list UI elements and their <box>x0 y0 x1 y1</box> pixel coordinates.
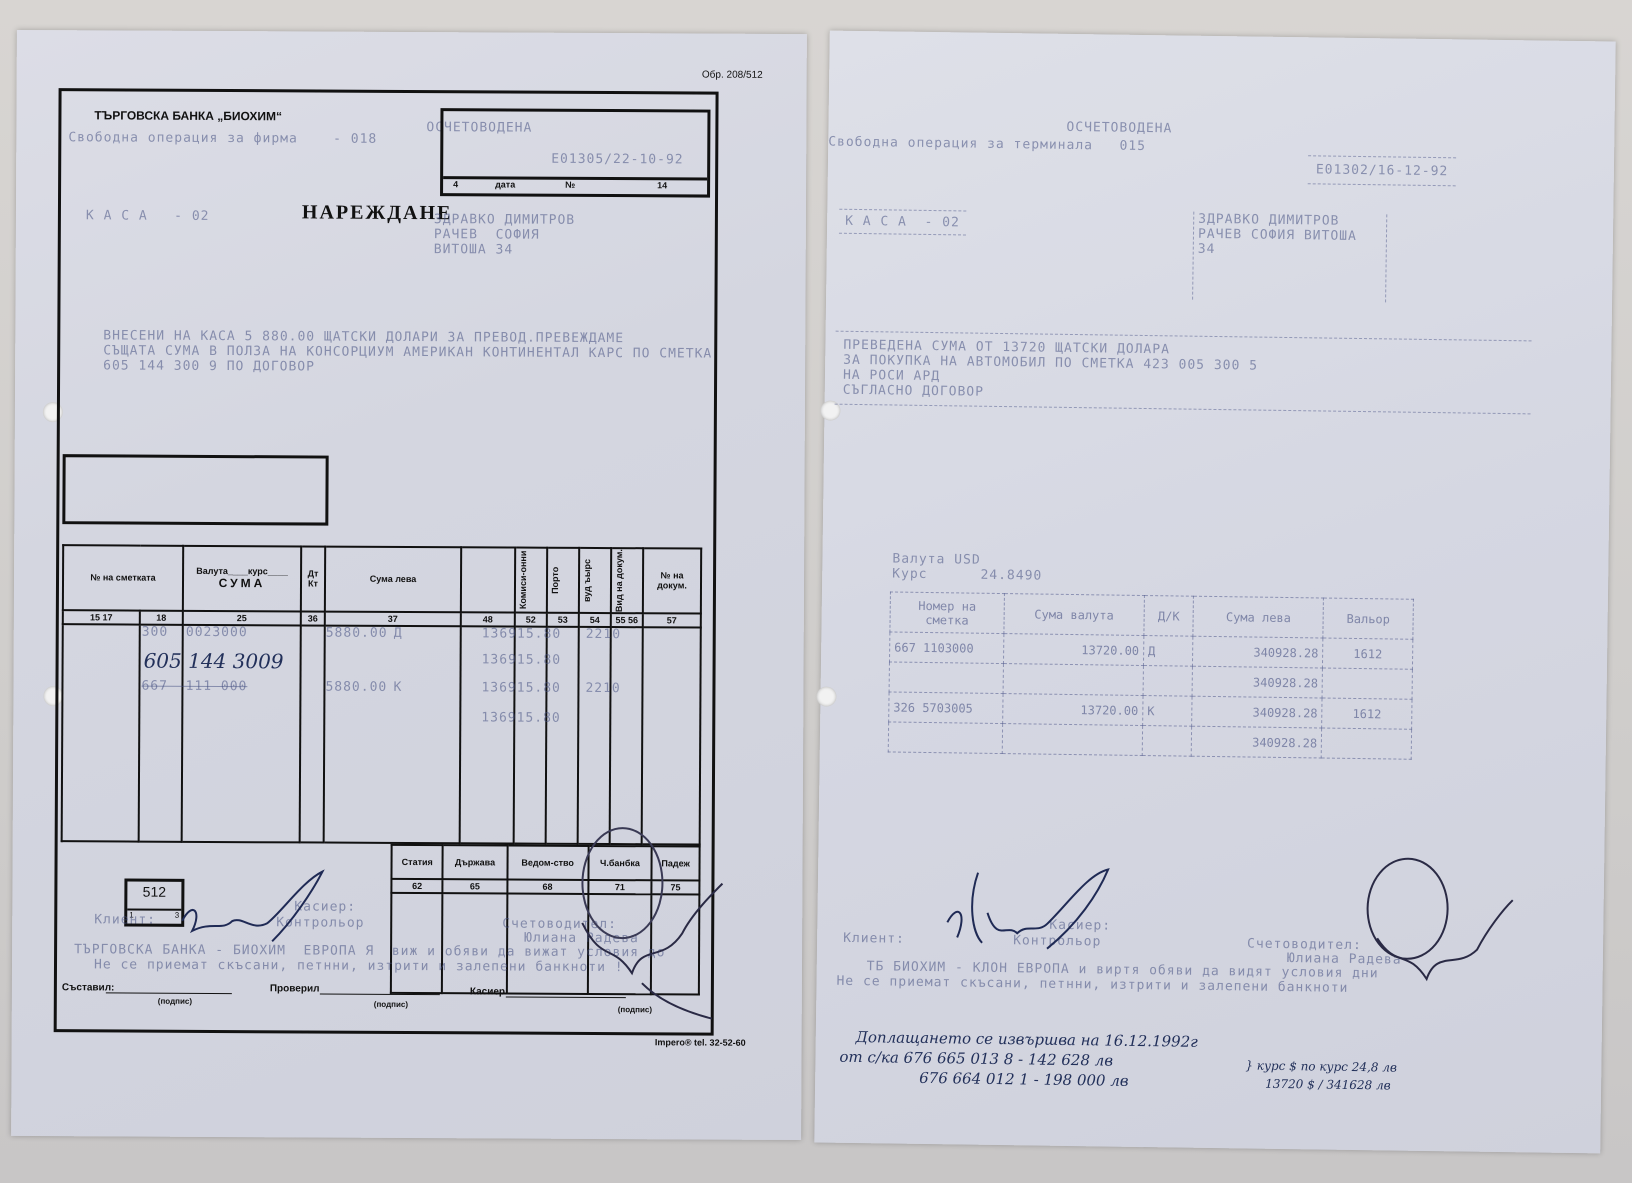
transfer-table: Номер на сметка Сума валута Д/К Сума лев… <box>888 591 1414 759</box>
date-number-box: Е01305/22-10-92 4 дата № 14 <box>440 108 710 197</box>
rate-label: Курс <box>892 566 928 581</box>
handwritten-account: 605 144 3009 <box>144 649 284 674</box>
header-statia: Статия <box>391 845 443 879</box>
cashier-box: К А С А - 02 <box>86 208 210 224</box>
header-amount-leva: Сума лева <box>1193 596 1324 638</box>
accountant-signature-icon <box>1326 848 1528 1001</box>
handwritten-note: Доплащането се извършва на 16.12.1992г о… <box>839 1027 1198 1092</box>
checked-label: Проверил <box>270 983 320 994</box>
operation-line: Свободна операция за терминала 015 <box>828 135 1146 154</box>
operation-line: Свободна операция за фирма - 018 <box>68 130 377 147</box>
currency-info: Валута USD Курс 24.8490 <box>892 551 1042 583</box>
order-document-right: ОСЧЕТОВОДЕНА Свободна операция за термин… <box>814 31 1615 1154</box>
row-dk: Д <box>394 626 403 641</box>
row-amount: 5880.00 <box>326 626 388 641</box>
header-currency: Валута____курс____ СУМА <box>183 546 301 612</box>
client-label: Клиент: <box>843 931 905 947</box>
cashier-sign-label: Касиер <box>470 986 505 997</box>
header-doc-no: № на докум. <box>643 548 701 613</box>
header-vid: вуд ъырс <box>582 559 592 602</box>
date-box-labels: 4 дата № 14 <box>443 176 707 194</box>
reference-number: Е01305/22-10-92 <box>551 152 683 168</box>
rate-value: 24.8490 <box>980 568 1042 584</box>
header-commissions: Комиси-онни <box>518 551 528 610</box>
form-code: Обр. 208/512 <box>702 70 763 81</box>
row-account: 300 0023000 <box>142 625 248 641</box>
blank-box <box>62 454 328 525</box>
order-document-left: Обр. 208/512 ТЪРГОВСКА БАНКА „БИОХИМ“ ОС… <box>11 30 807 1140</box>
client-name-block: ЗДРАВКО ДИМИТРОВ РАЧЕВ СОФИЯ ВИТОША 34 <box>434 212 575 258</box>
header-account: Номер на сметка <box>890 592 1004 634</box>
client-signature-icon <box>927 852 1128 955</box>
bank-name: ТЪРГОВСКА БАНКА „БИОХИМ“ <box>94 108 282 123</box>
footer-print: ТБ БИОХИМ - КЛОН ЕВРОПА и виртя обяви да… <box>836 959 1378 997</box>
header-dt-kt: Дт Кт <box>301 546 325 611</box>
printer-mark: Impero® tel. 32-52-60 <box>655 1037 746 1047</box>
client-signature-icon <box>172 861 342 952</box>
table-row: 340928.28 <box>888 722 1411 759</box>
header-account-no: № на сметката <box>63 545 183 611</box>
header-valor: Вальор <box>1323 598 1413 639</box>
payment-description: ПРЕВЕДЕНА СУМА ОТ 13720 ЩАТСКИ ДОЛАРА ЗА… <box>835 331 1532 415</box>
reference-number: Е01302/16-12-92 <box>1308 155 1457 186</box>
payment-description: ВНЕСЕНИ НА КАСА 5 880.00 ЩАТСКИ ДОЛАРИ З… <box>103 328 712 376</box>
header-amount-currency: Сума валута <box>1004 594 1145 636</box>
handwritten-rate-note: } курс $ по курс 24,8 лв 13720 $ / 34162… <box>1245 1056 1397 1094</box>
row-leva: 136915.80 <box>482 626 562 641</box>
accountant-signature-icon <box>542 823 743 1024</box>
client-name-block: ЗДРАВКО ДИМИТРОВ РАЧЕВ СОФИЯ ВИТОША 34 <box>1192 212 1387 303</box>
header-country: Държава <box>443 845 507 879</box>
punch-hole <box>816 686 836 706</box>
posted-stamp: ОСЧЕТОВОДЕНА <box>1066 120 1172 136</box>
document-title: НАРЕЖДАНЕ <box>302 201 453 225</box>
header-porto: Порто <box>550 567 560 594</box>
cashier-box: К А С А - 02 <box>839 209 966 236</box>
header-dk: Д/К <box>1144 596 1194 637</box>
header-sum-leva: Сума лева <box>325 547 461 613</box>
header-doc-type: Вид на докум. <box>614 549 624 612</box>
row-code: 2210 <box>586 627 621 642</box>
client-label: Клиент: <box>94 912 156 927</box>
